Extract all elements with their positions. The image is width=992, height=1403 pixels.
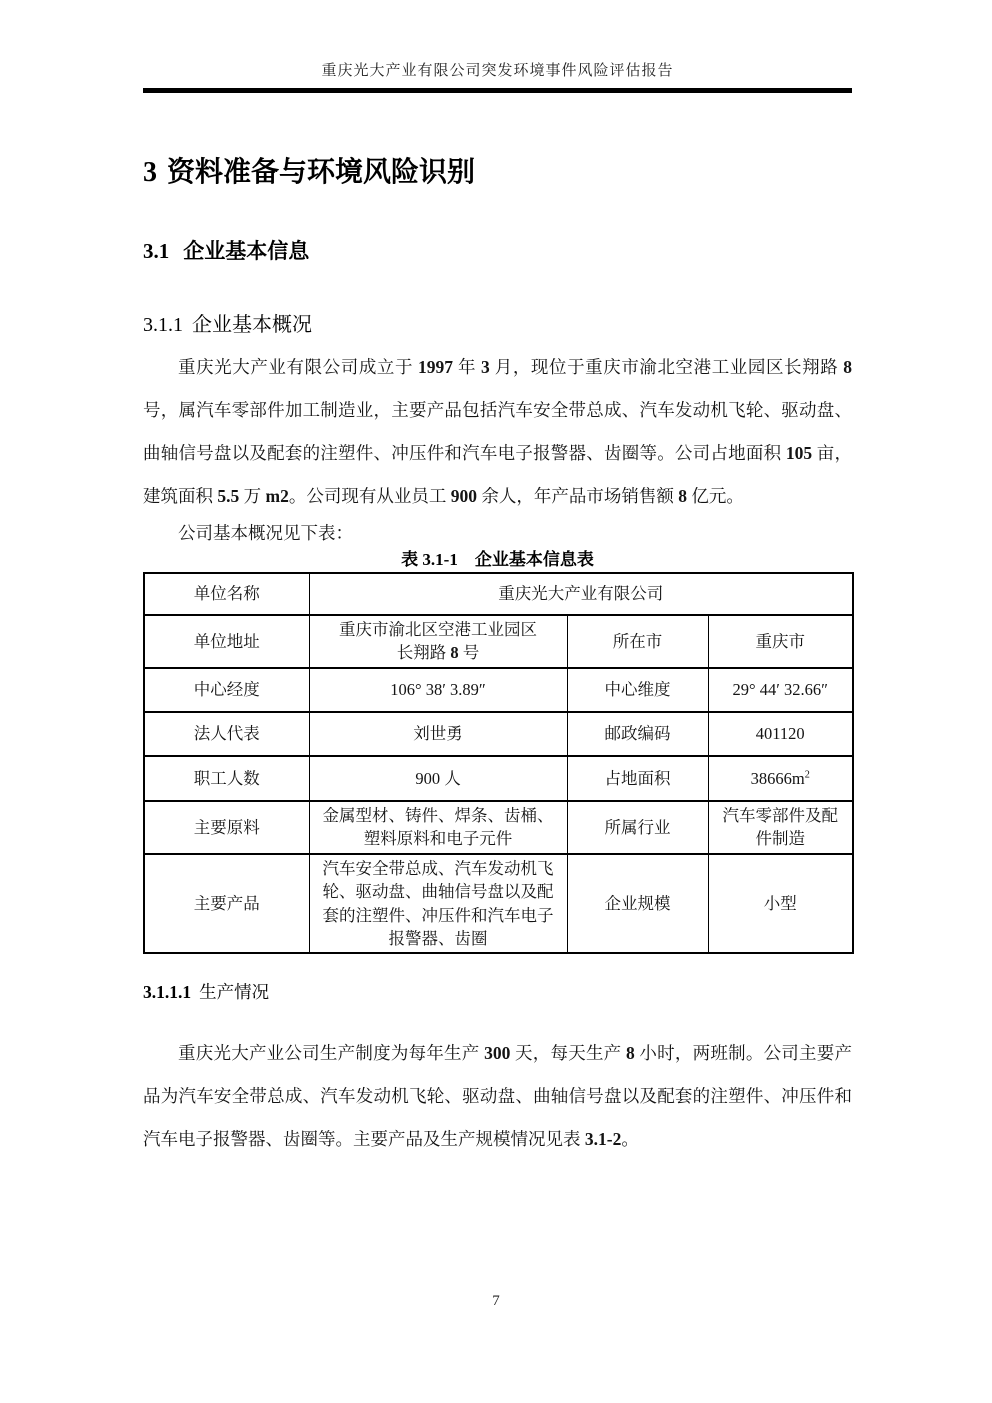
cell-materials-label: 主要原料 (144, 801, 309, 854)
subsection-title: 企业基本概况 (192, 314, 312, 336)
page-number: 7 (0, 1293, 992, 1310)
table-row-coordinates: 中心经度 106° 38′ 3.89″ 中心维度 29° 44′ 32.66″ (144, 668, 853, 712)
cell-unit-name-value: 重庆光大产业有限公司 (309, 573, 853, 615)
subsubsection-heading: 3.1.1.1生产情况 (143, 980, 852, 1004)
section-heading: 3.1企业基本信息 (143, 239, 852, 264)
cell-address-value: 重庆市渝北区空港工业园区长翔路 8 号 (309, 615, 567, 668)
table-row-address: 单位地址 重庆市渝北区空港工业园区长翔路 8 号 所在市 重庆市 (144, 615, 853, 668)
table-row-products: 主要产品 汽车安全带总成、汽车发动机飞轮、驱动盘、曲轴信号盘以及配套的注塑件、冲… (144, 854, 853, 954)
document-page: 重庆光大产业有限公司突发环境事件风险评估报告 3资料准备与环境风险识别 3.1企… (0, 0, 992, 1403)
cell-materials-value: 金属型材、铸件、焊条、齿桶、塑料原料和电子元件 (309, 801, 567, 854)
subsection-heading: 3.1.1企业基本概况 (143, 313, 852, 337)
paragraph-production: 重庆光大产业公司生产制度为每年生产 300 天，每天生产 8 小时，两班制。公司… (143, 1032, 852, 1161)
table-caption: 表 3.1-1 企业基本信息表 (143, 548, 852, 572)
cell-staff-label: 职工人数 (144, 756, 309, 801)
table-row-materials: 主要原料 金属型材、铸件、焊条、齿桶、塑料原料和电子元件 所属行业 汽车零部件及… (144, 801, 853, 854)
cell-city-value: 重庆市 (708, 615, 853, 668)
cell-products-value: 汽车安全带总成、汽车发动机飞轮、驱动盘、曲轴信号盘以及配套的注塑件、冲压件和汽车… (309, 854, 567, 954)
paragraph-company-overview: 重庆光大产业有限公司成立于 1997 年 3 月，现位于重庆市渝北空港工业园区长… (143, 346, 852, 518)
table-row-staff: 职工人数 900 人 占地面积 38666m2 (144, 756, 853, 801)
section-title: 企业基本信息 (183, 240, 309, 263)
cell-latitude-value: 29° 44′ 32.66″ (708, 668, 853, 712)
section-number: 3.1 (143, 239, 169, 263)
cell-unit-name-label: 单位名称 (144, 573, 309, 615)
running-header: 重庆光大产业有限公司突发环境事件风险评估报告 (143, 62, 852, 80)
subsubsection-number: 3.1.1.1 (143, 982, 191, 1002)
cell-longitude-value: 106° 38′ 3.89″ (309, 668, 567, 712)
cell-postcode-value: 401120 (708, 712, 853, 756)
cell-products-label: 主要产品 (144, 854, 309, 954)
cell-area-value: 38666m2 (708, 756, 853, 801)
table-row-legal-rep: 法人代表 刘世勇 邮政编码 401120 (144, 712, 853, 756)
cell-scale-label: 企业规模 (567, 854, 708, 954)
cell-area-label: 占地面积 (567, 756, 708, 801)
cell-latitude-label: 中心维度 (567, 668, 708, 712)
cell-city-label: 所在市 (567, 615, 708, 668)
company-info-table: 单位名称 重庆光大产业有限公司 单位地址 重庆市渝北区空港工业园区长翔路 8 号… (143, 572, 854, 954)
cell-postcode-label: 邮政编码 (567, 712, 708, 756)
page-content: 重庆光大产业有限公司突发环境事件风险评估报告 3资料准备与环境风险识别 3.1企… (0, 0, 992, 1161)
subsection-number: 3.1.1 (143, 314, 183, 336)
cell-industry-label: 所属行业 (567, 801, 708, 854)
table-row-unit-name: 单位名称 重庆光大产业有限公司 (144, 573, 853, 615)
paragraph-table-intro: 公司基本概况见下表： (143, 518, 852, 548)
cell-industry-value: 汽车零部件及配件制造 (708, 801, 853, 854)
chapter-heading: 3资料准备与环境风险识别 (143, 156, 852, 189)
cell-legal-rep-label: 法人代表 (144, 712, 309, 756)
subsubsection-title: 生产情况 (199, 982, 269, 1002)
cell-legal-rep-value: 刘世勇 (309, 712, 567, 756)
cell-longitude-label: 中心经度 (144, 668, 309, 712)
cell-scale-value: 小型 (708, 854, 853, 954)
cell-staff-value: 900 人 (309, 756, 567, 801)
chapter-title: 资料准备与环境风险识别 (167, 156, 475, 187)
chapter-number: 3 (143, 157, 157, 188)
header-rule (143, 88, 852, 93)
cell-address-label: 单位地址 (144, 615, 309, 668)
